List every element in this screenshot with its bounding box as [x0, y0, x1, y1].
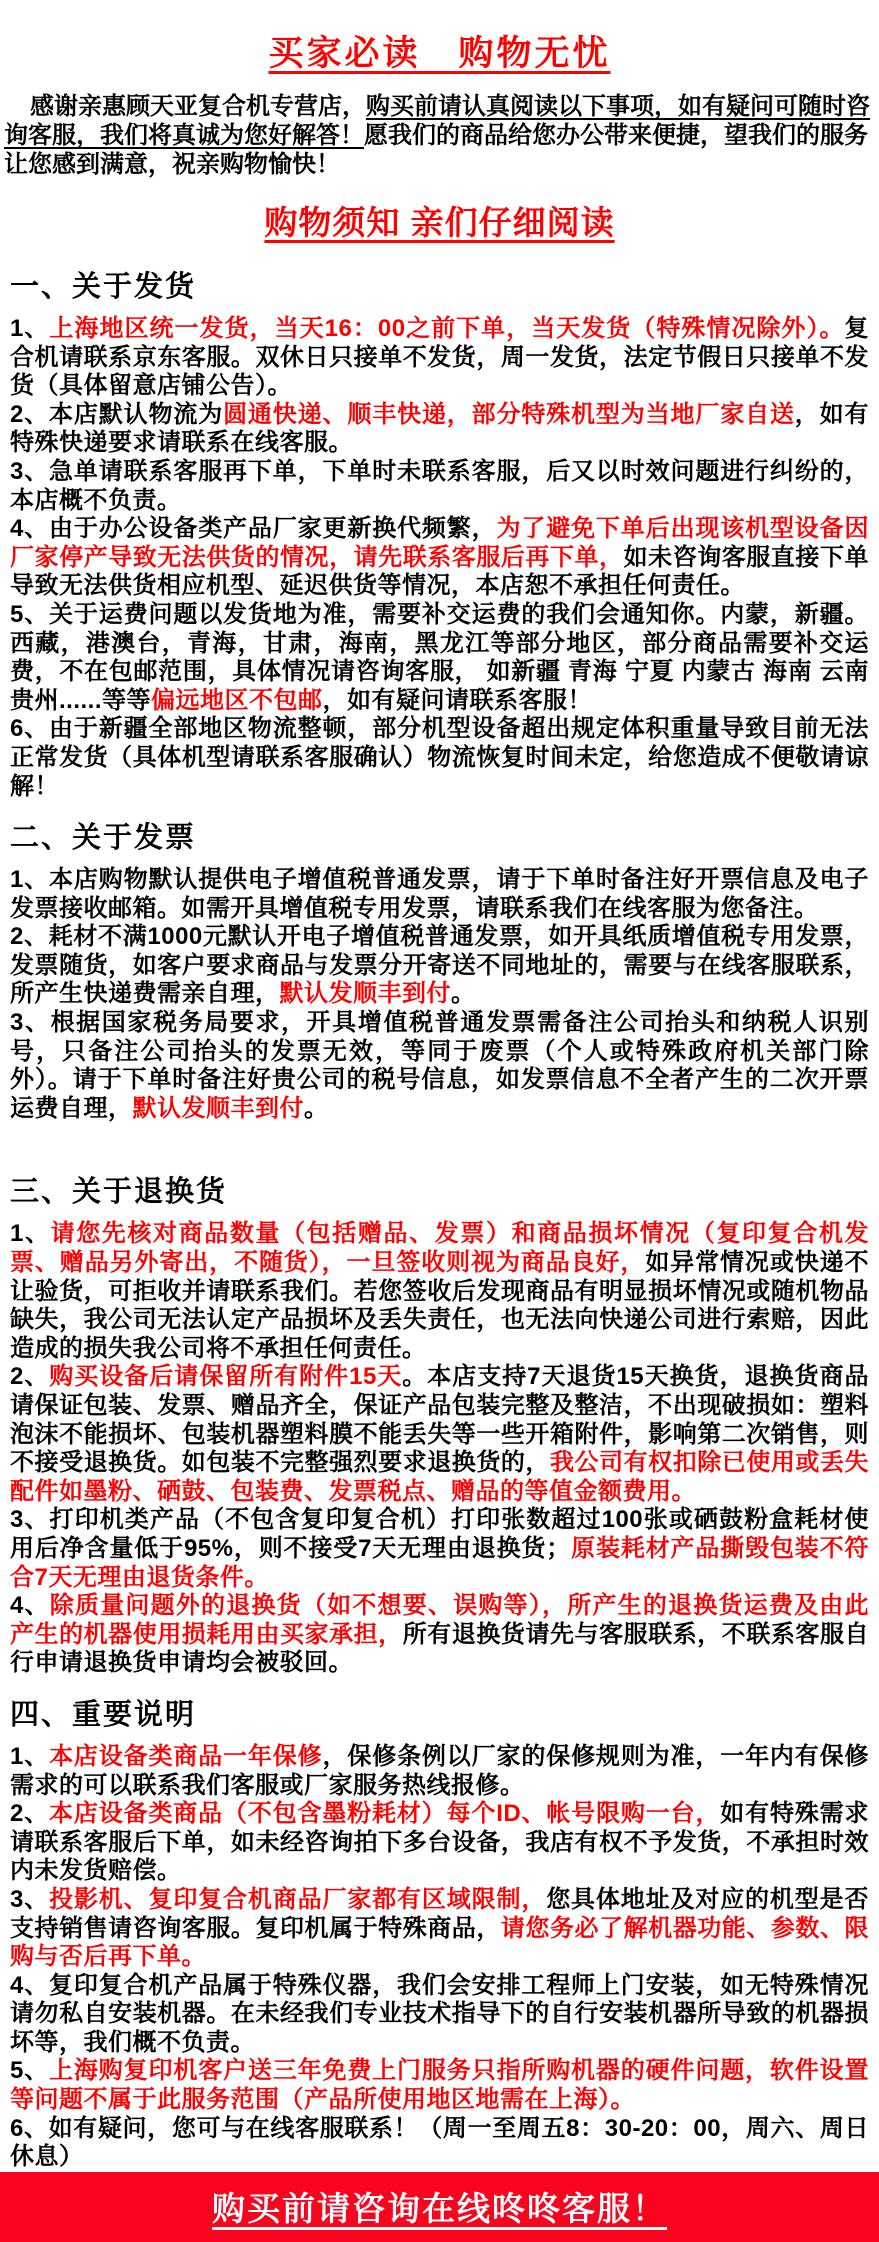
notice-item: 5、关于运费问题以发货地为准，需要补交运费的我们会通知你。内蒙，新疆。西藏，港澳… — [10, 601, 869, 715]
notice-item: 3、急单请联系客服再下单，下单时未联系客服，后又以时效问题进行纠纷的，本店概不负… — [10, 458, 869, 515]
notice-item-segment: 投影机、复印复合机商品厂家都有区域限制， — [49, 1886, 546, 1913]
notice-item: 2、本店设备类商品（不包含墨粉耗材）每个ID、帐号限购一台，如有特殊需求请联系客… — [10, 1800, 869, 1886]
notice-section: 二、关于发票1、本店购物默认提供电子增值税普通发票，请于下单时备注好开票信息及电… — [10, 815, 869, 1123]
notice-item-segment: 圆通快递、顺丰快递，部分特殊机型为当地厂家自送 — [223, 401, 795, 428]
notice-section: 四、重要说明1、本店设备类商品一年保修，保修条例以厂家的保修规则为准，一年内有保… — [10, 1692, 869, 2172]
notice-item: 1、本店设备类商品一年保修，保修条例以厂家的保修规则为准，一年内有保修需求的可以… — [10, 1743, 869, 1800]
section-heading: 四、重要说明 — [10, 1692, 869, 1733]
notice-item-segment: 4、复印复合机产品属于特殊仪器，我们会安排工程师上门安装，如无特殊情况请勿私自安… — [10, 1972, 869, 2056]
notice-item: 5、上海购复印机客户送三年免费上门服务只指所购机器的硬件问题，软件设置等问题不属… — [10, 2057, 869, 2114]
intro-text-segment: 感谢亲惠顾天亚复合机专营店， — [30, 93, 366, 120]
notice-item-segment: 3、急单请联系客服再下单，下单时未联系客服，后又以时效问题进行纠纷的，本店概不负… — [10, 458, 869, 514]
notice-item: 1、本店购物默认提供电子增值税普通发票，请于下单时备注好开票信息及电子发票接收邮… — [10, 866, 869, 923]
notice-item-segment: 1、 — [10, 315, 49, 342]
notice-item-segment: 本店设备类商品（不包含墨粉耗材）每个ID、帐号限购一台， — [49, 1800, 720, 1827]
notice-section: 一、关于发货1、上海地区统一发货，当天16：00之前下单，当天发货（特殊情况除外… — [10, 264, 869, 801]
notice-item-segment: 。 — [451, 980, 476, 1007]
notice-item-segment: 购买设备后请保留所有附件15天 — [49, 1363, 402, 1390]
section-heading: 三、关于退换货 — [10, 1169, 869, 1210]
intro-paragraph: 感谢亲惠顾天亚复合机专营店，购买前请认真阅读以下事项，如有疑问可随时咨询客服，我… — [4, 92, 875, 179]
notice-item-segment: 6、由于新疆全部地区物流整顿，部分机型设备超出规定体积重量导致目前无法正常发货（… — [10, 715, 869, 799]
notice-item: 2、耗材不满1000元默认开电子增值税普通发票，如开具纸质增值税专用发票，发票随… — [10, 923, 869, 1009]
notice-item-segment: ，如有疑问请联系客服！ — [323, 687, 593, 714]
page-title: 买家必读 购物无忧 — [0, 26, 879, 76]
notice-item-segment: 1、 — [10, 1743, 49, 1770]
notice-item-segment: 1、本店购物默认提供电子增值税普通发票，请于下单时备注好开票信息及电子发票接收邮… — [10, 866, 869, 922]
notice-item-segment: 默认发顺丰到付 — [280, 980, 452, 1007]
notice-item-segment: 上海购复印机客户送三年免费上门服务只指所购机器的硬件问题，软件设置等问题不属于此… — [10, 2057, 869, 2113]
notice-item-segment: 6、如有疑问，您可与在线客服联系！（周一至周五8：30-20：00，周六、周日休… — [10, 2115, 869, 2171]
notice-item-segment: 2、本店默认物流为 — [10, 401, 223, 428]
page-subtitle-text: 购物须知 亲们仔细阅读 — [264, 204, 614, 241]
notice-item: 4、由于办公设备类产品厂家更新换代频繁，为了避免下单后出现该机型设备因厂家停产导… — [10, 515, 869, 601]
notice-item: 4、复印复合机产品属于特殊仪器，我们会安排工程师上门安装，如无特殊情况请勿私自安… — [10, 1972, 869, 2058]
notice-item: 6、由于新疆全部地区物流整顿，部分机型设备超出规定体积重量导致目前无法正常发货（… — [10, 715, 869, 801]
notice-item: 4、除质量问题外的退换货（如不想要、误购等），所产生的退换货运费及由此产生的机器… — [10, 1592, 869, 1678]
notice-item-segment: 1、 — [10, 1220, 51, 1247]
notice-item: 2、本店默认物流为圆通快递、顺丰快递，部分特殊机型为当地厂家自送，如有特殊快递要… — [10, 401, 869, 458]
buyer-notice-page: 买家必读 购物无忧 感谢亲惠顾天亚复合机专营店，购买前请认真阅读以下事项，如有疑… — [0, 0, 879, 2242]
section-heading: 一、关于发货 — [10, 264, 869, 305]
notice-item: 3、打印机类产品（不包含复印复合机）打印张数超过100张或硒鼓粉盒耗材使用后净含… — [10, 1506, 869, 1592]
footer-banner: 购买前请咨询在线咚咚客服！ — [0, 2172, 879, 2242]
notice-sections: 一、关于发货1、上海地区统一发货，当天16：00之前下单，当天发货（特殊情况除外… — [0, 250, 879, 2172]
notice-item-segment: 默认发顺丰到付 — [133, 1095, 305, 1122]
notice-item-segment: 本店设备类商品一年保修 — [49, 1743, 322, 1770]
page-title-text: 买家必读 购物无忧 — [268, 34, 610, 73]
page-subtitle: 购物须知 亲们仔细阅读 — [0, 197, 879, 244]
notice-item: 6、如有疑问，您可与在线客服联系！（周一至周五8：30-20：00，周六、周日休… — [10, 2115, 869, 2172]
notice-item-segment: 3、 — [10, 1886, 49, 1913]
notice-item-segment: 。 — [304, 1095, 329, 1122]
notice-item-segment: 上海地区统一发货，当天16：00之前下单，当天发货（特殊情况除外）。 — [49, 315, 844, 342]
notice-item: 1、上海地区统一发货，当天16：00之前下单，当天发货（特殊情况除外）。复合机请… — [10, 315, 869, 401]
notice-item-segment: 5、 — [10, 2057, 49, 2084]
notice-item-segment: 偏远地区不包邮 — [151, 687, 323, 714]
notice-item-segment: 4、 — [10, 1592, 50, 1619]
notice-item: 3、投影机、复印复合机商品厂家都有区域限制，您具体地址及对应的机型是否支持销售请… — [10, 1886, 869, 1972]
notice-item: 3、根据国家税务局要求，开具增值税普通发票需备注公司抬头和纳税人识别号，只备注公… — [10, 1009, 869, 1123]
notice-item-segment: 2、 — [10, 1800, 49, 1827]
notice-section: 三、关于退换货1、请您先核对商品数量（包括赠品、发票）和商品损坏情况（复印复合机… — [10, 1169, 869, 1678]
notice-item-segment: 4、由于办公设备类产品厂家更新换代频繁， — [10, 515, 497, 542]
notice-item-segment: 2、 — [10, 1363, 49, 1390]
notice-item: 2、购买设备后请保留所有附件15天。本店支持7天退货15天换货，退换货商品请保证… — [10, 1363, 869, 1506]
footer-banner-text: 购买前请咨询在线咚咚客服！ — [212, 2183, 667, 2230]
notice-item: 1、请您先核对商品数量（包括赠品、发票）和商品损坏情况（复印复合机发票、赠品另外… — [10, 1220, 869, 1363]
section-heading: 二、关于发票 — [10, 815, 869, 856]
